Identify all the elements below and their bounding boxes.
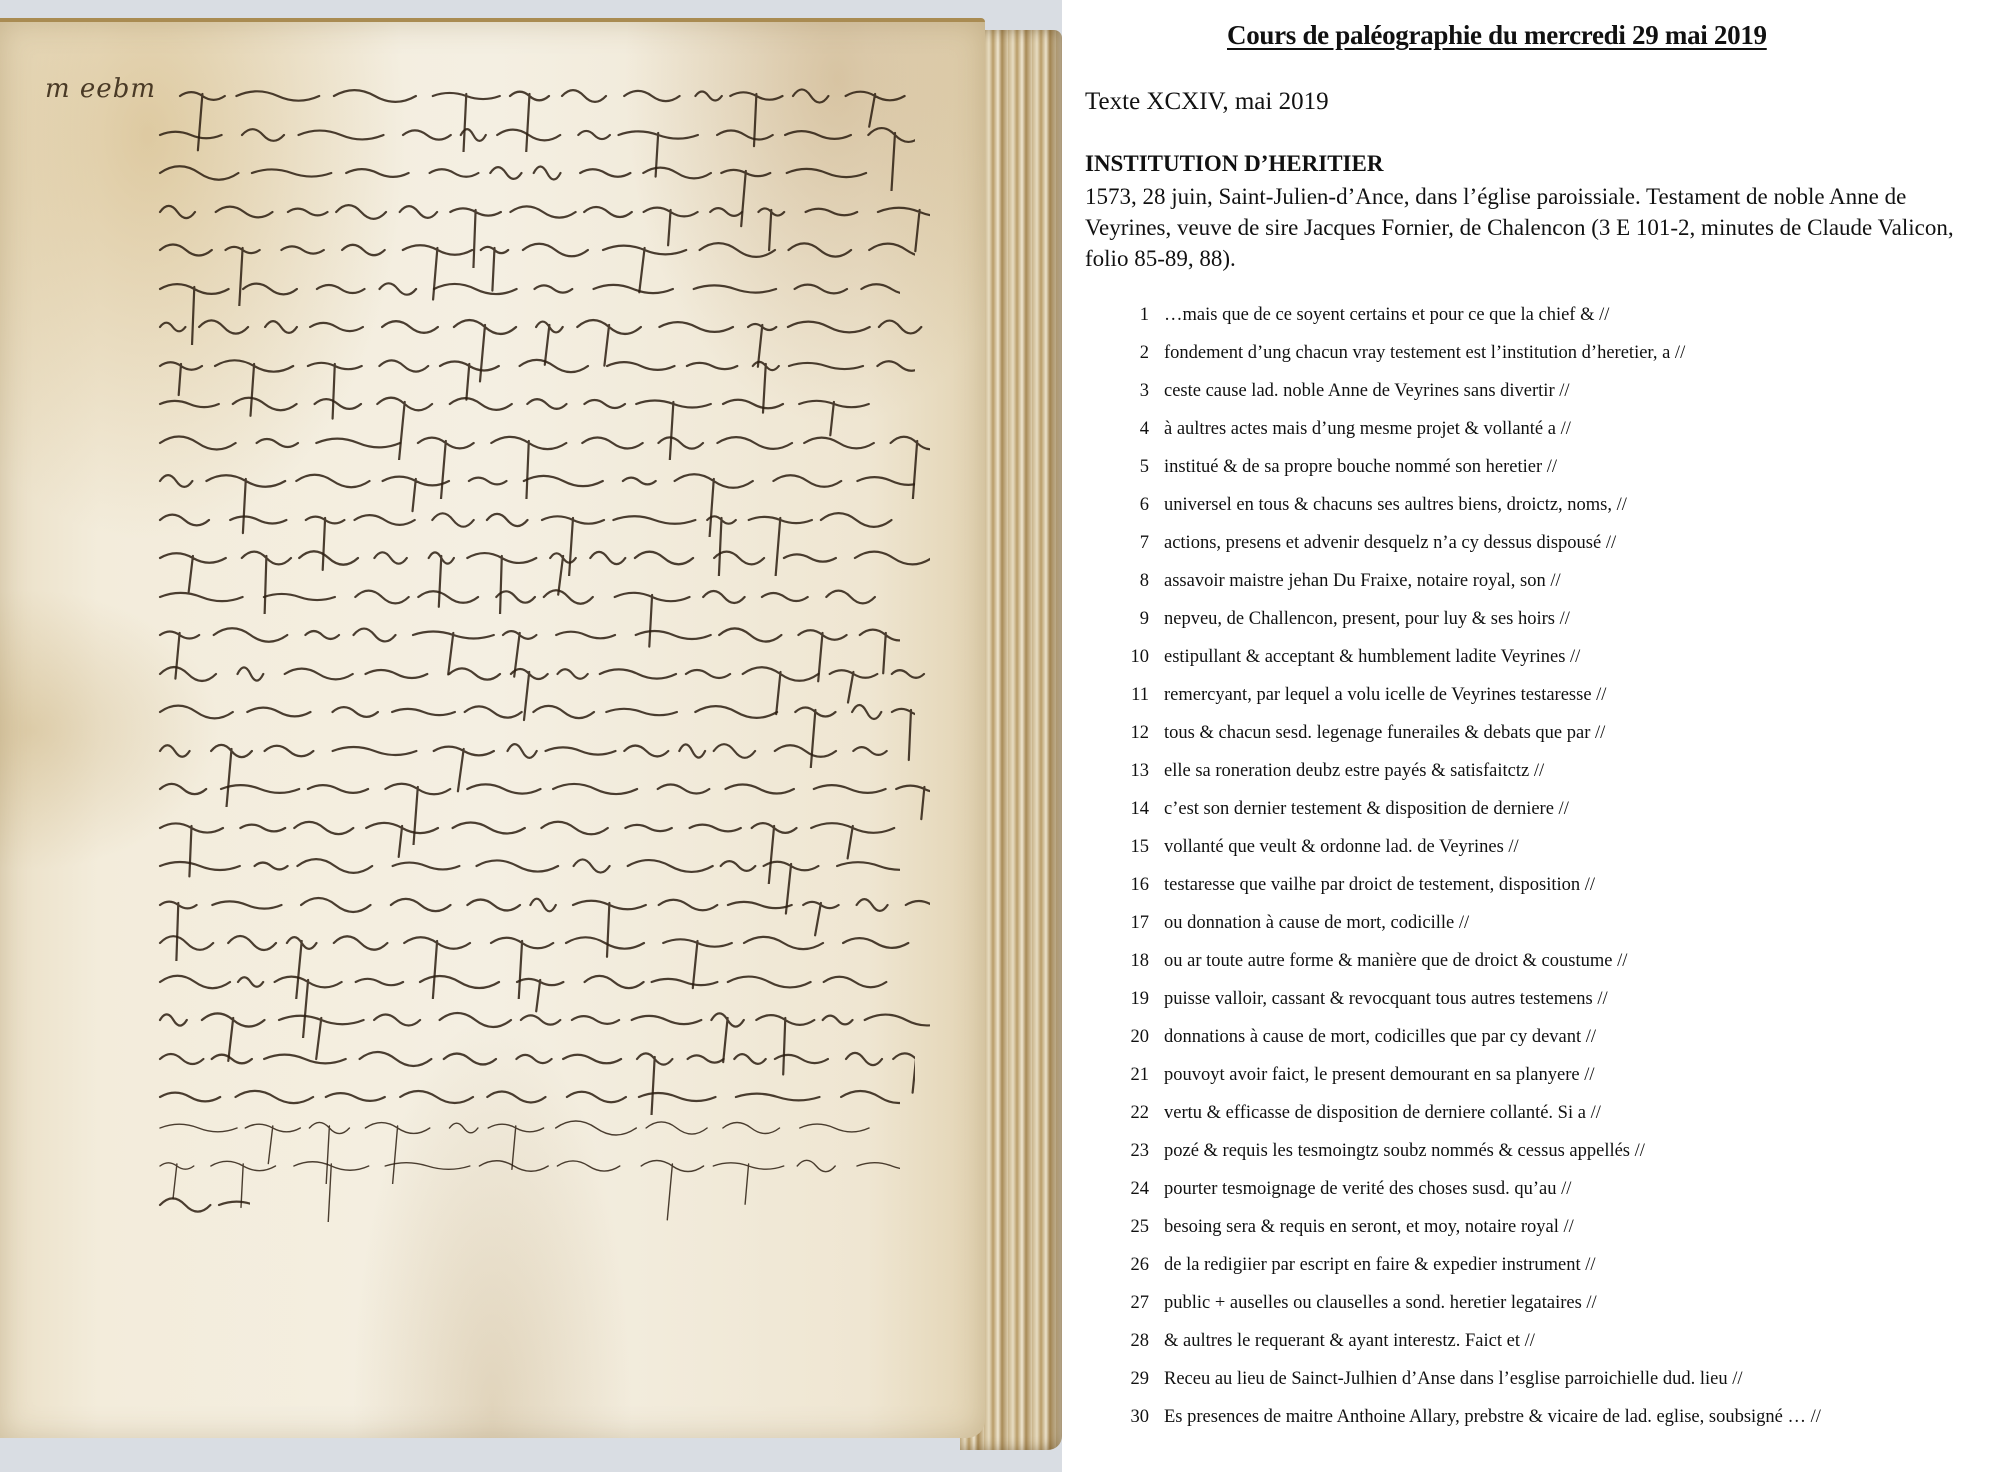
margin-annotation: m eebm: [45, 74, 156, 104]
handwritten-line: [150, 650, 930, 688]
line-text: remercyant, par lequel a volu icelle de …: [1164, 685, 1987, 706]
line-text: pozé & requis les tesmoingtz soubz nommé…: [1164, 1141, 1987, 1162]
line-text: assavoir maistre jehan Du Fraixe, notair…: [1164, 571, 1987, 592]
manuscript-photo: m eebm: [0, 0, 1062, 1472]
transcription-line: 16testaresse que vailhe par droict de te…: [1117, 875, 1987, 913]
transcription-line: 26de la redigiier par escript en faire &…: [1117, 1255, 1987, 1293]
line-text: vertu & efficasse de disposition de dern…: [1164, 1103, 1987, 1124]
transcription-line: 22vertu & efficasse de disposition de de…: [1117, 1103, 1987, 1141]
handwritten-line: [150, 958, 900, 996]
line-text: à aultres actes mais d’ung mesme projet …: [1164, 419, 1987, 440]
handwritten-lines: [150, 62, 950, 1362]
line-text: nepveu, de Challencon, present, pour luy…: [1164, 609, 1987, 630]
handwritten-line: [150, 496, 900, 534]
transcription-line: 17ou donnation à cause de mort, codicill…: [1117, 913, 1987, 951]
line-number: 4: [1117, 419, 1149, 440]
line-number: 8: [1117, 571, 1149, 592]
handwritten-line: [150, 1104, 900, 1142]
line-number: 14: [1117, 799, 1149, 820]
handwritten-line: [150, 342, 915, 380]
handwritten-line: [150, 1035, 915, 1073]
line-number: 28: [1117, 1331, 1149, 1352]
handwritten-line: [150, 111, 915, 149]
handwritten-line: [150, 149, 900, 187]
handwritten-line: [150, 996, 930, 1034]
handwritten-line: [150, 881, 930, 919]
line-number: 9: [1117, 609, 1149, 630]
transcription-line: 8assavoir maistre jehan Du Fraixe, notai…: [1117, 571, 1987, 609]
line-number: 27: [1117, 1293, 1149, 1314]
transcription-line: 23pozé & requis les tesmoingtz soubz nom…: [1117, 1141, 1987, 1179]
line-text: donnations à cause de mort, codicilles q…: [1164, 1027, 1987, 1048]
line-number: 18: [1117, 951, 1149, 972]
transcription-line: 25 besoing sera & requis en seront, et m…: [1117, 1217, 1987, 1255]
handwritten-line: [150, 380, 900, 418]
line-text: puisse valloir, cassant & revocquant tou…: [1164, 989, 1987, 1010]
transcription-line: 14c’est son dernier testement & disposit…: [1117, 799, 1987, 837]
handwritten-line: [150, 265, 900, 303]
document-summary: 1573, 28 juin, Saint-Julien-d’Ance, dans…: [1085, 181, 1990, 274]
transcription-line: 10estipullant & acceptant & humblement l…: [1117, 647, 1987, 685]
line-number: 17: [1117, 913, 1149, 934]
line-text: elle sa roneration deubz estre payés & s…: [1164, 761, 1987, 782]
line-text: pouvoyt avoir faict, le present demouran…: [1164, 1065, 1987, 1086]
line-number: 10: [1117, 647, 1149, 668]
handwritten-line: [150, 457, 915, 495]
transcription-line: 5institué & de sa propre bouche nommé so…: [1117, 457, 1987, 495]
transcription-line: 9nepveu, de Challencon, present, pour lu…: [1117, 609, 1987, 647]
line-text: besoing sera & requis en seront, et moy,…: [1164, 1217, 1987, 1238]
text-reference: Texte XCXIV, mai 2019: [1085, 88, 1329, 116]
handwritten-line: [150, 727, 900, 765]
transcription-line: 18ou ar toute autre forme & manière que …: [1117, 951, 1987, 989]
line-text: universel en tous & chacuns ses aultres …: [1164, 495, 1987, 516]
line-text: ou donnation à cause de mort, codicille …: [1164, 913, 1987, 934]
line-text: ceste cause lad. noble Anne de Veyrines …: [1164, 381, 1987, 402]
line-number: 12: [1117, 723, 1149, 744]
manuscript-page: m eebm: [0, 18, 985, 1438]
line-number: 1: [1117, 305, 1149, 326]
line-text: c’est son dernier testement & dispositio…: [1164, 799, 1987, 820]
handwritten-line: [150, 611, 900, 649]
handwritten-line: [150, 419, 930, 457]
line-text: …mais que de ce soyent certains et pour …: [1164, 305, 1987, 326]
line-number: 20: [1117, 1027, 1149, 1048]
line-text: actions, presens et advenir desquelz n’a…: [1164, 533, 1987, 554]
section-heading: INSTITUTION D’HERITIER: [1085, 151, 1383, 177]
line-text: tous & chacun sesd. legenage funerailes …: [1164, 723, 1987, 744]
transcription-line: 19puisse valloir, cassant & revocquant t…: [1117, 989, 1987, 1027]
transcription-line: 24pourter tesmoignage de verité des chos…: [1117, 1179, 1987, 1217]
course-title: Cours de paléographie du mercredi 29 mai…: [1227, 20, 1827, 51]
line-number: 7: [1117, 533, 1149, 554]
line-text: Es presences de maitre Anthoine Allary, …: [1164, 1407, 1987, 1428]
transcription-line: 30Es presences de maitre Anthoine Allary…: [1117, 1407, 1987, 1445]
transcription-line: 21pouvoyt avoir faict, le present demour…: [1117, 1065, 1987, 1103]
line-text: de la redigiier par escript en faire & e…: [1164, 1255, 1987, 1276]
line-number: 6: [1117, 495, 1149, 516]
line-text: fondement d’ung chacun vray testement es…: [1164, 343, 1987, 364]
transcription-line: 15vollanté que veult & ordonne lad. de V…: [1117, 837, 1987, 875]
line-number: 15: [1117, 837, 1149, 858]
transcription-line: 3ceste cause lad. noble Anne de Veyrines…: [1117, 381, 1987, 419]
transcription-line: 28& aultres le requerant & ayant interes…: [1117, 1331, 1987, 1369]
line-number: 29: [1117, 1369, 1149, 1390]
transcription-line: 12tous & chacun sesd. legenage funeraile…: [1117, 723, 1987, 761]
line-number: 3: [1117, 381, 1149, 402]
transcription-line: 11remercyant, par lequel a volu icelle d…: [1117, 685, 1987, 723]
handwritten-line: [150, 1181, 250, 1219]
line-number: 13: [1117, 761, 1149, 782]
line-number: 2: [1117, 343, 1149, 364]
line-number: 22: [1117, 1103, 1149, 1124]
line-text: pourter tesmoignage de verité des choses…: [1164, 1179, 1987, 1200]
line-number: 23: [1117, 1141, 1149, 1162]
line-number: 21: [1117, 1065, 1149, 1086]
line-text: vollanté que veult & ordonne lad. de Vey…: [1164, 837, 1987, 858]
transcription-line: 13elle sa roneration deubz estre payés &…: [1117, 761, 1987, 799]
line-number: 25: [1117, 1217, 1149, 1238]
transcription-line: 6universel en tous & chacuns ses aultres…: [1117, 495, 1987, 533]
transcription-line: 1…mais que de ce soyent certains et pour…: [1117, 305, 1987, 343]
line-text: Receu au lieu de Sainct-Julhien d’Anse d…: [1164, 1369, 1987, 1390]
transcription-panel: Cours de paléographie du mercredi 29 mai…: [1062, 0, 2000, 1472]
transcription-line: 27public + auselles ou clauselles a sond…: [1117, 1293, 1987, 1331]
line-number: 19: [1117, 989, 1149, 1010]
handwritten-line: [150, 534, 930, 572]
line-number: 16: [1117, 875, 1149, 896]
transcription-line: 29Receu au lieu de Sainct-Julhien d’Anse…: [1117, 1369, 1987, 1407]
line-number: 24: [1117, 1179, 1149, 1200]
handwritten-line: [150, 226, 915, 264]
transcription-lines: 1…mais que de ce soyent certains et pour…: [1117, 305, 1987, 1445]
transcription-line: 2fondement d’ung chacun vray testement e…: [1117, 343, 1987, 381]
handwritten-line: [150, 688, 915, 726]
handwritten-line: [150, 72, 930, 110]
handwritten-line: [150, 765, 930, 803]
handwritten-line: [150, 573, 915, 611]
transcription-line: 4à aultres actes mais d’ung mesme projet…: [1117, 419, 1987, 457]
handwritten-line: [150, 919, 915, 957]
handwritten-line: [150, 303, 930, 341]
line-number: 11: [1117, 685, 1149, 706]
line-text: & aultres le requerant & ayant interestz…: [1164, 1331, 1987, 1352]
transcription-line: 7actions, presens et advenir desquelz n’…: [1117, 533, 1987, 571]
line-number: 5: [1117, 457, 1149, 478]
handwritten-line: [150, 1142, 900, 1180]
line-text: public + auselles ou clauselles a sond. …: [1164, 1293, 1987, 1314]
handwritten-line: [150, 804, 915, 842]
line-text: estipullant & acceptant & humblement lad…: [1164, 647, 1987, 668]
transcription-line: 20donnations à cause de mort, codicilles…: [1117, 1027, 1987, 1065]
line-text: institué & de sa propre bouche nommé son…: [1164, 457, 1987, 478]
line-number: 26: [1117, 1255, 1149, 1276]
handwritten-line: [150, 842, 900, 880]
line-text: testaresse que vailhe par droict de test…: [1164, 875, 1987, 896]
line-number: 30: [1117, 1407, 1149, 1428]
handwritten-line: [150, 188, 930, 226]
line-text: ou ar toute autre forme & manière que de…: [1164, 951, 1987, 972]
